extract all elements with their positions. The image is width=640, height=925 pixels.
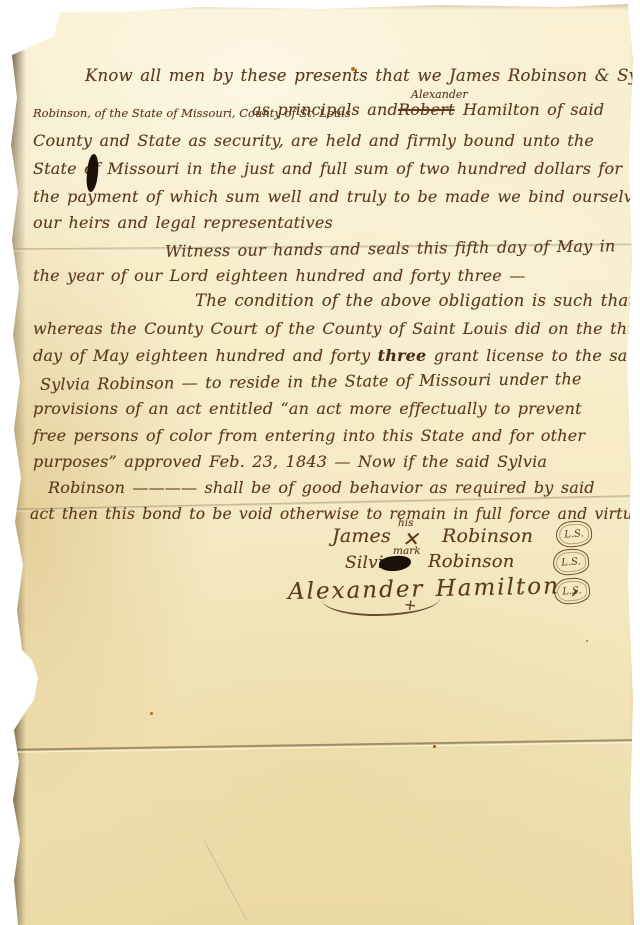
overwritten-word: three bbox=[378, 346, 427, 365]
seal-label: L.S. bbox=[561, 556, 581, 568]
seal-label: L.S. bbox=[562, 585, 582, 597]
document-line: Hamilton of said bbox=[463, 100, 604, 119]
seal-james: L.S. bbox=[555, 520, 593, 548]
paper-speck bbox=[150, 712, 153, 715]
document-line: purposes” approved Feb. 23, 1843 — Now i… bbox=[33, 452, 547, 471]
document-line: Sylvia Robinson — to reside in the State… bbox=[40, 369, 582, 394]
document-line: Witness our hands and seals this fifth d… bbox=[165, 236, 616, 261]
signature-james-first: James bbox=[332, 525, 391, 547]
paper-sheet: Know all men by these presents that we J… bbox=[0, 0, 640, 925]
crease-diagonal-bottom bbox=[203, 841, 247, 921]
document-line: provisions of an act entitled “an act mo… bbox=[33, 399, 582, 418]
document-line: the payment of which sum well and truly … bbox=[33, 187, 640, 206]
seal-hamilton: L.S. bbox=[553, 577, 591, 605]
torn-edge-left bbox=[0, 0, 26, 925]
document-line: whereas the County Court of the County o… bbox=[33, 319, 640, 338]
cross-mark: + bbox=[403, 595, 418, 615]
seal-silvia: L.S. bbox=[552, 548, 590, 576]
signature-flourish bbox=[322, 598, 440, 616]
paper-speck bbox=[433, 745, 436, 748]
paper-speck bbox=[64, 7, 69, 12]
fold-crease-lower bbox=[0, 739, 640, 753]
paper-edge-top bbox=[0, 0, 640, 10]
document-line: our heirs and legal representatives bbox=[33, 213, 333, 232]
document-line: State of Missouri in the just and full s… bbox=[33, 159, 622, 178]
paper-speck bbox=[586, 640, 588, 642]
seal-label: L.S. bbox=[564, 528, 584, 540]
document-line: free persons of color from entering into… bbox=[33, 426, 585, 445]
scanned-document: Know all men by these presents that we J… bbox=[0, 0, 640, 925]
ink-blot-silvia-mark bbox=[379, 555, 412, 572]
line-segment: grant license to the said bbox=[426, 346, 640, 365]
document-line: Know all men by these presents that we J… bbox=[85, 66, 640, 85]
document-line: as principals and bbox=[252, 100, 398, 119]
document-line: act then this bond to be void otherwise … bbox=[30, 505, 640, 523]
paper-edge-right bbox=[630, 0, 640, 925]
signature-silvia-last: Robinson bbox=[428, 551, 515, 572]
line-segment: day of May eighteen hundred and forty bbox=[33, 346, 378, 365]
document-line: Robinson ———— shall be of good behavior … bbox=[48, 478, 595, 497]
paper-speck bbox=[473, 74, 476, 77]
document-line: The condition of the above obligation is… bbox=[195, 291, 635, 310]
signature-james-last: Robinson bbox=[442, 525, 533, 547]
document-line: County and State as security, are held a… bbox=[33, 131, 594, 150]
paper-speck bbox=[351, 67, 355, 71]
document-line: the year of our Lord eighteen hundred an… bbox=[33, 266, 525, 285]
interlined-word: Alexander bbox=[411, 88, 468, 101]
struck-word: Robert bbox=[398, 100, 455, 119]
document-line: day of May eighteen hundred and forty th… bbox=[33, 346, 640, 365]
